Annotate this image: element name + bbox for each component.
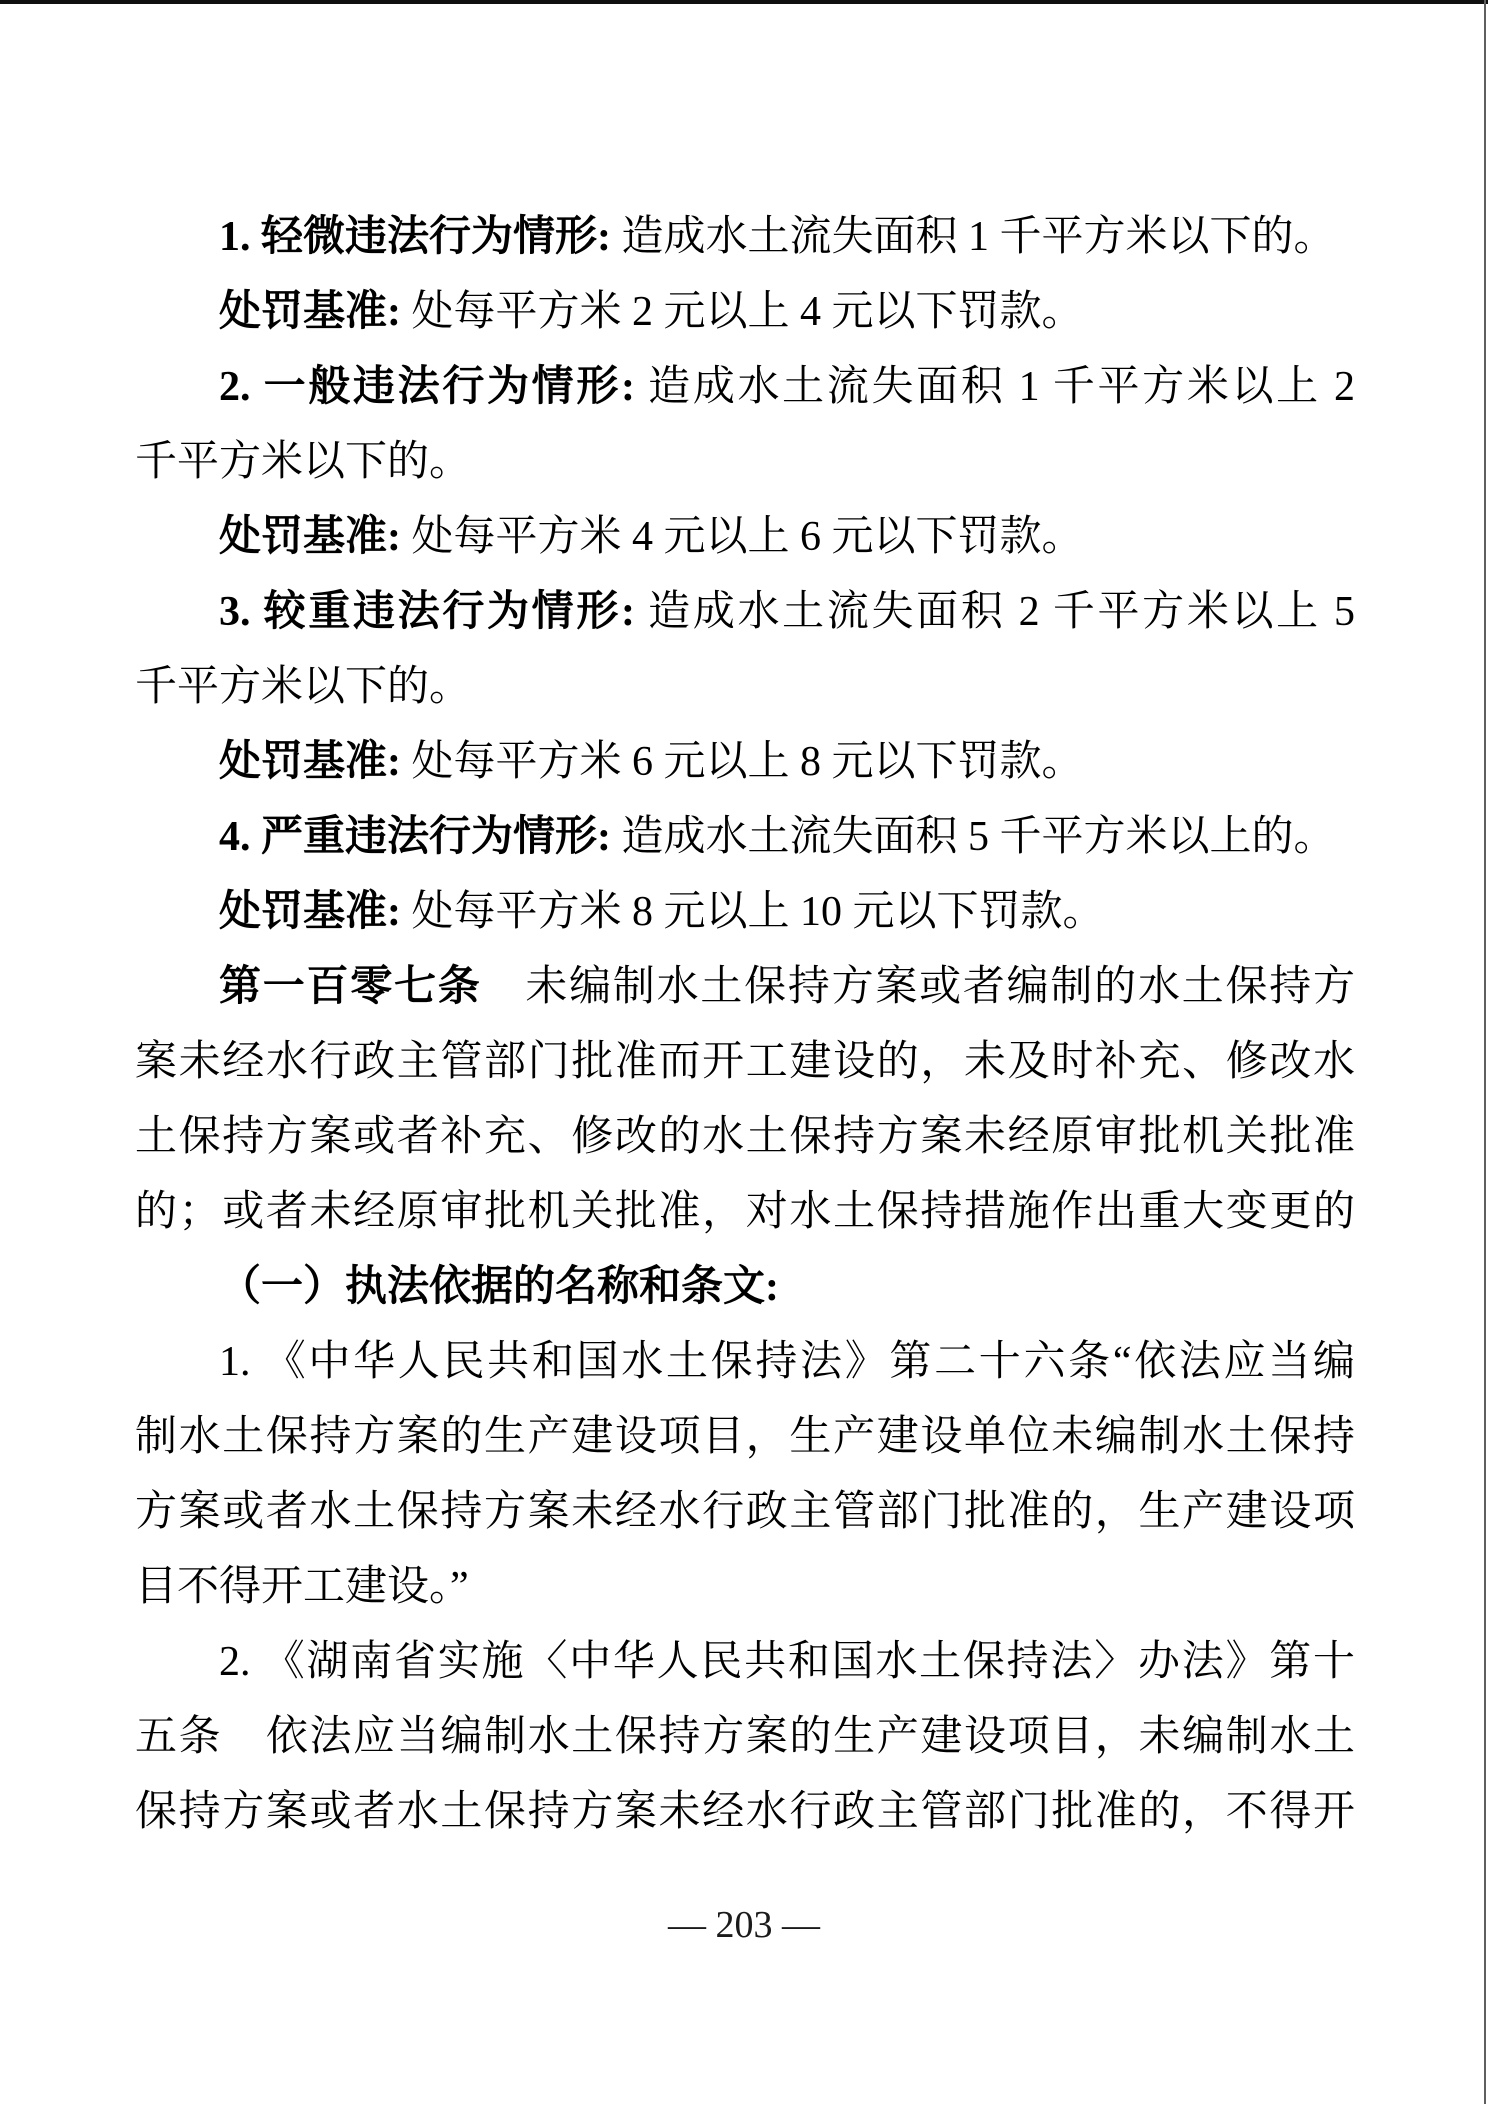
text-run: （一）执法依据的名称和条文: (219, 1264, 779, 1310)
text-run: 未编制水土保持方案或者编制的水土保持方 (482, 964, 1355, 1010)
text-run: 造成水土流失面积 5 千平方米以上的。 (622, 814, 1336, 860)
text-line: 处罚基准: 处每平方米 2 元以上 4 元以下罚款。 (135, 275, 1355, 350)
text-run: 第一百零七条 (219, 964, 482, 1010)
text-run: 土保持方案或者补充、修改的水土保持方案未经原审批机关批准 (135, 1114, 1355, 1160)
text-line: 1. 轻微违法行为情形: 造成水土流失面积 1 千平方米以下的。 (135, 200, 1355, 275)
text-line: 千平方米以下的。 (135, 425, 1355, 500)
page-number: — 203 — (668, 1904, 820, 1946)
text-line: 方案或者水土保持方案未经水行政主管部门批准的，生产建设项 (135, 1475, 1355, 1550)
paragraph: 2. 《湖南省实施〈中华人民共和国水土保持法〉办法》第十五条 依法应当编制水土保… (135, 1625, 1355, 1850)
text-run: 处罚基准: (219, 514, 412, 560)
text-line: 2. 《湖南省实施〈中华人民共和国水土保持法〉办法》第十 (135, 1625, 1355, 1700)
document-page: 1. 轻微违法行为情形: 造成水土流失面积 1 千平方米以下的。处罚基准: 处每… (0, 0, 1488, 2104)
paragraph: 处罚基准: 处每平方米 6 元以上 8 元以下罚款。 (135, 725, 1355, 800)
text-run: 2. 《湖南省实施〈中华人民共和国水土保持法〉办法》第十 (219, 1639, 1355, 1685)
text-line: 3. 较重违法行为情形: 造成水土流失面积 2 千平方米以上 5 (135, 575, 1355, 650)
text-run: 造成水土流失面积 1 千平方米以上 2 (648, 364, 1355, 410)
text-line: 第一百零七条 未编制水土保持方案或者编制的水土保持方 (135, 950, 1355, 1025)
text-run: 制水土保持方案的生产建设项目，生产建设单位未编制水土保持 (135, 1414, 1355, 1460)
text-line: 五条 依法应当编制水土保持方案的生产建设项目，未编制水土 (135, 1700, 1355, 1775)
paragraph: 处罚基准: 处每平方米 4 元以上 6 元以下罚款。 (135, 500, 1355, 575)
text-run: 方案或者水土保持方案未经水行政主管部门批准的，生产建设项 (135, 1489, 1355, 1535)
paragraph: 3. 较重违法行为情形: 造成水土流失面积 2 千平方米以上 5千平方米以下的。 (135, 575, 1355, 725)
paragraph: 第一百零七条 未编制水土保持方案或者编制的水土保持方案未经水行政主管部门批准而开… (135, 950, 1355, 1250)
text-run: 保持方案或者水土保持方案未经水行政主管部门批准的，不得开 (135, 1789, 1355, 1835)
text-run: 处每平方米 2 元以上 4 元以下罚款。 (412, 289, 1084, 335)
text-run: 案未经水行政主管部门批准而开工建设的，未及时补充、修改水 (135, 1039, 1355, 1085)
paragraph: 处罚基准: 处每平方米 2 元以上 4 元以下罚款。 (135, 275, 1355, 350)
text-run: 处每平方米 4 元以上 6 元以下罚款。 (412, 514, 1084, 560)
text-run: 3. 较重违法行为情形: (219, 589, 648, 635)
text-line: 目不得开工建设。” (135, 1550, 1355, 1625)
text-run: 1. 轻微违法行为情形: (219, 214, 622, 260)
text-line: 处罚基准: 处每平方米 6 元以上 8 元以下罚款。 (135, 725, 1355, 800)
paragraph: 1. 《中华人民共和国水土保持法》第二十六条“依法应当编制水土保持方案的生产建设… (135, 1325, 1355, 1625)
text-line: 保持方案或者水土保持方案未经水行政主管部门批准的，不得开 (135, 1775, 1355, 1850)
text-run: 千平方米以下的。 (135, 439, 471, 485)
paragraph: （一）执法依据的名称和条文: (135, 1250, 1355, 1325)
text-line: 4. 严重违法行为情形: 造成水土流失面积 5 千平方米以上的。 (135, 800, 1355, 875)
text-line: 土保持方案或者补充、修改的水土保持方案未经原审批机关批准 (135, 1100, 1355, 1175)
text-line: 处罚基准: 处每平方米 8 元以上 10 元以下罚款。 (135, 875, 1355, 950)
text-run: 千平方米以下的。 (135, 664, 471, 710)
document-body: 1. 轻微违法行为情形: 造成水土流失面积 1 千平方米以下的。处罚基准: 处每… (135, 200, 1355, 1850)
text-run: 造成水土流失面积 1 千平方米以下的。 (622, 214, 1336, 260)
text-run: 造成水土流失面积 2 千平方米以上 5 (648, 589, 1355, 635)
text-line: 案未经水行政主管部门批准而开工建设的，未及时补充、修改水 (135, 1025, 1355, 1100)
paragraph: 2. 一般违法行为情形: 造成水土流失面积 1 千平方米以上 2千平方米以下的。 (135, 350, 1355, 500)
text-line: 1. 《中华人民共和国水土保持法》第二十六条“依法应当编 (135, 1325, 1355, 1400)
text-line: 的；或者未经原审批机关批准，对水土保持措施作出重大变更的 (135, 1175, 1355, 1250)
text-run: 1. 《中华人民共和国水土保持法》第二十六条“依法应当编 (219, 1339, 1355, 1385)
text-line: （一）执法依据的名称和条文: (135, 1250, 1355, 1325)
text-line: 制水土保持方案的生产建设项目，生产建设单位未编制水土保持 (135, 1400, 1355, 1475)
text-line: 千平方米以下的。 (135, 650, 1355, 725)
scan-artifact-right-edge (1484, 0, 1486, 2104)
text-line: 2. 一般违法行为情形: 造成水土流失面积 1 千平方米以上 2 (135, 350, 1355, 425)
paragraph: 处罚基准: 处每平方米 8 元以上 10 元以下罚款。 (135, 875, 1355, 950)
text-run: 处每平方米 6 元以上 8 元以下罚款。 (412, 739, 1084, 785)
text-line: 处罚基准: 处每平方米 4 元以上 6 元以下罚款。 (135, 500, 1355, 575)
text-run: 五条 依法应当编制水土保持方案的生产建设项目，未编制水土 (135, 1714, 1355, 1760)
text-run: 处罚基准: (219, 289, 412, 335)
text-run: 处每平方米 8 元以上 10 元以下罚款。 (412, 889, 1105, 935)
paragraph: 1. 轻微违法行为情形: 造成水土流失面积 1 千平方米以下的。 (135, 200, 1355, 275)
text-run: 2. 一般违法行为情形: (219, 364, 648, 410)
text-run: 处罚基准: (219, 739, 412, 785)
text-run: 目不得开工建设。” (135, 1564, 469, 1610)
text-run: 4. 严重违法行为情形: (219, 814, 622, 860)
scan-artifact-top-edge (0, 0, 1488, 4)
text-run: 处罚基准: (219, 889, 412, 935)
paragraph: 4. 严重违法行为情形: 造成水土流失面积 5 千平方米以上的。 (135, 800, 1355, 875)
text-run: 的；或者未经原审批机关批准，对水土保持措施作出重大变更的 (135, 1189, 1355, 1235)
page-footer: — 203 — (0, 1896, 1488, 1954)
